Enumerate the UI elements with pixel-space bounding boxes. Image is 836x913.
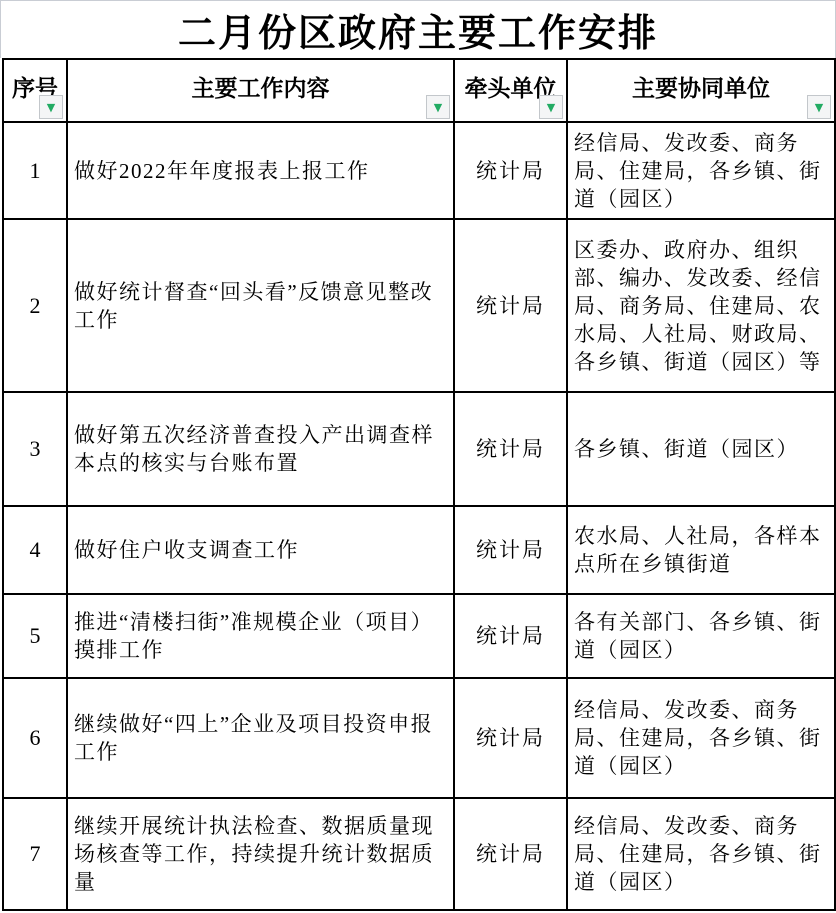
lead-unit-cell[interactable]: 统计局 bbox=[454, 392, 567, 506]
work-content-cell[interactable]: 做好住户收支调查工作 bbox=[67, 506, 454, 594]
table-row: 5 推进“清楼扫街”准规模企业（项目）摸排工作 统计局 各有关部门、各乡镇、街道… bbox=[3, 594, 835, 678]
collab-units-cell[interactable]: 经信局、发改委、商务局、住建局，各乡镇、街道（园区） bbox=[567, 122, 835, 219]
work-content-cell[interactable]: 做好统计督查“回头看”反馈意见整改工作 bbox=[67, 219, 454, 392]
header-cell-seq[interactable]: 序号 ▼ bbox=[3, 59, 67, 122]
table-row: 3 做好第五次经济普查投入产出调查样本点的核实与台账布置 统计局 各乡镇、街道（… bbox=[3, 392, 835, 506]
collab-units-cell[interactable]: 区委办、政府办、组织部、编办、发改委、经信局、商务局、住建局、农水局、人社局、财… bbox=[567, 219, 835, 392]
table-row: 7 继续开展统计执法检查、数据质量现场核查等工作，持续提升统计数据质量 统计局 … bbox=[3, 798, 835, 910]
collab-units-cell[interactable]: 各有关部门、各乡镇、街道（园区） bbox=[567, 594, 835, 678]
page-title: 二月份区政府主要工作安排 bbox=[0, 0, 836, 58]
lead-unit-cell[interactable]: 统计局 bbox=[454, 506, 567, 594]
filter-dropdown-icon: ▼ bbox=[47, 102, 55, 113]
filter-dropdown-icon: ▼ bbox=[815, 102, 823, 113]
spreadsheet-view: 二月份区政府主要工作安排 序号 ▼ 主要工作内容 ▼ 牵头单位 ▼ bbox=[0, 0, 836, 913]
filter-dropdown-button[interactable]: ▼ bbox=[807, 95, 831, 119]
work-content-cell[interactable]: 继续开展统计执法检查、数据质量现场核查等工作，持续提升统计数据质量 bbox=[67, 798, 454, 910]
filter-dropdown-button[interactable]: ▼ bbox=[539, 95, 563, 119]
row-number-cell[interactable]: 4 bbox=[3, 506, 67, 594]
table-row: 4 做好住户收支调查工作 统计局 农水局、人社局，各样本点所在乡镇街道 bbox=[3, 506, 835, 594]
filter-dropdown-icon: ▼ bbox=[434, 102, 442, 113]
row-number-cell[interactable]: 7 bbox=[3, 798, 67, 910]
collab-units-cell[interactable]: 经信局、发改委、商务局、住建局，各乡镇、街道（园区） bbox=[567, 678, 835, 798]
work-content-cell[interactable]: 推进“清楼扫街”准规模企业（项目）摸排工作 bbox=[67, 594, 454, 678]
lead-unit-cell[interactable]: 统计局 bbox=[454, 122, 567, 219]
work-content-cell[interactable]: 继续做好“四上”企业及项目投资申报工作 bbox=[67, 678, 454, 798]
row-number-cell[interactable]: 2 bbox=[3, 219, 67, 392]
header-label-collab-units: 主要协同单位 bbox=[632, 75, 770, 101]
collab-units-cell[interactable]: 农水局、人社局，各样本点所在乡镇街道 bbox=[567, 506, 835, 594]
filter-dropdown-icon: ▼ bbox=[547, 102, 555, 113]
row-number-cell[interactable]: 5 bbox=[3, 594, 67, 678]
filter-dropdown-button[interactable]: ▼ bbox=[426, 95, 450, 119]
collab-units-cell[interactable]: 各乡镇、街道（园区） bbox=[567, 392, 835, 506]
lead-unit-cell[interactable]: 统计局 bbox=[454, 219, 567, 392]
header-cell-lead-unit[interactable]: 牵头单位 ▼ bbox=[454, 59, 567, 122]
work-schedule-table: 序号 ▼ 主要工作内容 ▼ 牵头单位 ▼ 主要协同单位 ▼ 1 bbox=[2, 58, 836, 911]
work-content-cell[interactable]: 做好第五次经济普查投入产出调查样本点的核实与台账布置 bbox=[67, 392, 454, 506]
table-row: 2 做好统计督查“回头看”反馈意见整改工作 统计局 区委办、政府办、组织部、编办… bbox=[3, 219, 835, 392]
work-content-cell[interactable]: 做好2022年年度报表上报工作 bbox=[67, 122, 454, 219]
header-label-content: 主要工作内容 bbox=[192, 75, 330, 101]
header-row: 序号 ▼ 主要工作内容 ▼ 牵头单位 ▼ 主要协同单位 ▼ bbox=[3, 59, 835, 122]
header-cell-collab-units[interactable]: 主要协同单位 ▼ bbox=[567, 59, 835, 122]
header-cell-content[interactable]: 主要工作内容 ▼ bbox=[67, 59, 454, 122]
filter-dropdown-button[interactable]: ▼ bbox=[39, 95, 63, 119]
row-number-cell[interactable]: 3 bbox=[3, 392, 67, 506]
lead-unit-cell[interactable]: 统计局 bbox=[454, 594, 567, 678]
lead-unit-cell[interactable]: 统计局 bbox=[454, 678, 567, 798]
collab-units-cell[interactable]: 经信局、发改委、商务局、住建局，各乡镇、街道（园区） bbox=[567, 798, 835, 910]
row-number-cell[interactable]: 6 bbox=[3, 678, 67, 798]
lead-unit-cell[interactable]: 统计局 bbox=[454, 798, 567, 910]
table-row: 1 做好2022年年度报表上报工作 统计局 经信局、发改委、商务局、住建局，各乡… bbox=[3, 122, 835, 219]
table-row: 6 继续做好“四上”企业及项目投资申报工作 统计局 经信局、发改委、商务局、住建… bbox=[3, 678, 835, 798]
row-number-cell[interactable]: 1 bbox=[3, 122, 67, 219]
